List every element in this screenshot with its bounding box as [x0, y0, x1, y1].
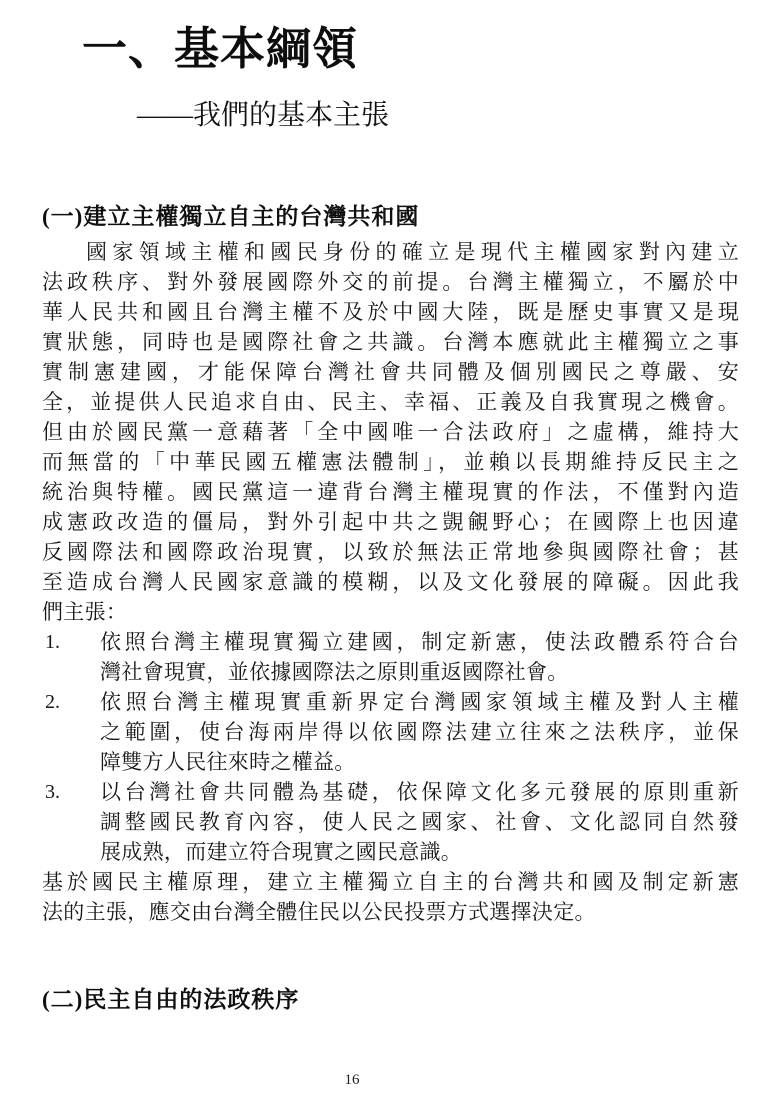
document-page: 一、基本綱領 ——我們的基本主張 (一)建立主權獨立自主的台灣共和國 國家領域主…	[0, 0, 780, 1100]
text-line: 實狀態，同時也是國際社會之共識。台灣本應就此主權獨立之事	[42, 327, 739, 357]
text-line: 2.依照台灣主權現實重新界定台灣國家領域主權及對人主權	[42, 687, 739, 717]
page-number: 16	[330, 1072, 374, 1089]
text-line: 反國際法和國際政治現實，以致於無法正常地參與國際社會；甚	[42, 537, 739, 567]
text-line: 國家領域主權和國民身份的確立是現代主權國家對內建立	[42, 237, 739, 267]
text-line: 成憲政改造的僵局，對外引起中共之覬覦野心；在國際上也因違	[42, 507, 739, 537]
text-line: 統治與特權。國民黨這一違背台灣主權現實的作法，不僅對內造	[42, 477, 739, 507]
text-line: 3.以台灣社會共同體為基礎，依保障文化多元發展的原則重新	[42, 777, 739, 807]
text-line: 障雙方人民往來時之權益。	[42, 747, 739, 777]
text-line: 之範圍，使台海兩岸得以依國際法建立往來之法秩序，並保	[42, 717, 739, 747]
text-line: 但由於國民黨一意藉著「全中國唯一合法政府」之虛構，維持大	[42, 417, 739, 447]
text-line: 灣社會現實，並依據國際法之原則重返國際社會。	[42, 657, 739, 687]
text-line: 而無當的「中華民國五權憲法體制」，並賴以長期維持反民主之	[42, 447, 739, 477]
text-line: 們主張：	[42, 597, 739, 627]
text-line: 1.依照台灣主權現實獨立建國，制定新憲，使法政體系符合台	[42, 627, 739, 657]
text-line: 至造成台灣人民國家意識的模糊，以及文化發展的障礙。因此我	[42, 567, 739, 597]
section-1-list: 1.依照台灣主權現實獨立建國，制定新憲，使法政體系符合台灣社會現實，並依據國際法…	[42, 627, 739, 867]
text-line: 全，並提供人民追求自由、民主、幸福、正義及自我實現之機會。	[42, 387, 739, 417]
list-number: 1.	[45, 627, 85, 657]
section-1-closing: 基於國民主權原理，建立主權獨立自主的台灣共和國及制定新憲法的主張，應交由台灣全體…	[42, 867, 739, 927]
text-line: 展成熟，而建立符合現實之國民意識。	[42, 837, 739, 867]
list-number: 2.	[45, 687, 85, 717]
content-column: (一)建立主權獨立自主的台灣共和國 國家領域主權和國民身份的確立是現代主權國家對…	[42, 0, 739, 1100]
text-line: 法的主張，應交由台灣全體住民以公民投票方式選擇決定。	[42, 897, 739, 927]
section-1-heading: (一)建立主權獨立自主的台灣共和國	[42, 202, 739, 232]
text-line: 實制憲建國，才能保障台灣社會共同體及個別國民之尊嚴、安	[42, 357, 739, 387]
text-line: 華人民共和國且台灣主權不及於中國大陸，既是歷史事實又是現	[42, 297, 739, 327]
text-line: 法政秩序、對外發展國際外交的前提。台灣主權獨立，不屬於中	[42, 267, 739, 297]
list-number: 3.	[45, 777, 85, 807]
section-2-heading: (二)民主自由的法政秩序	[42, 985, 739, 1015]
text-line: 基於國民主權原理，建立主權獨立自主的台灣共和國及制定新憲	[42, 867, 739, 897]
text-line: 調整國民教育內容，使人民之國家、社會、文化認同自然發	[42, 807, 739, 837]
section-1-paragraph: 國家領域主權和國民身份的確立是現代主權國家對內建立法政秩序、對外發展國際外交的前…	[42, 237, 739, 627]
